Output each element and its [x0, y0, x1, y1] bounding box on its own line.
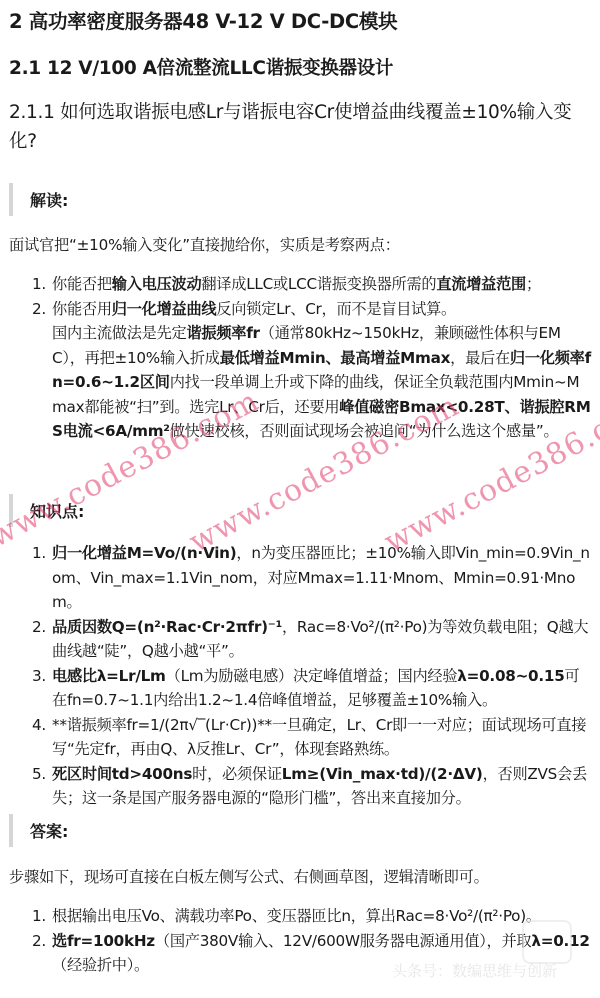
body-text: **谐振频率fr=1/(2π√‾(Lr·Cr))**一旦确定，Lr、Cr即一一对…: [52, 716, 586, 759]
emphasis-text: 死区时间td>400ns: [52, 765, 192, 783]
emphasis-text: 谐振频率fr: [186, 324, 259, 342]
body-text: 反向锁定Lr、Cr，而不是盲目试算。: [216, 300, 456, 318]
list-item: 5.死区时间td>400ns时，必须保证Lm≥(Vin_max·td)/(2·Δ…: [32, 762, 592, 811]
list-number: 4.: [32, 713, 46, 738]
body-text: 翻译成LLC或LCC谐振变换器所需的: [201, 275, 436, 293]
body-text: （经验折中）。: [52, 956, 149, 974]
list-item: 2.你能否用归一化增益曲线反向锁定Lr、Cr，而不是盲目试算。国内主流做法是先定…: [32, 297, 592, 444]
emphasis-text: 电感比λ=Lr/Lm: [52, 667, 166, 685]
list-number: 5.: [32, 762, 46, 787]
quote-bar: [9, 814, 13, 847]
body-text: ，最后在: [450, 349, 510, 367]
answer-label: 答案:: [30, 819, 68, 842]
chapter-heading: 2 高功率密度服务器48 V-12 V DC-DC模块: [9, 6, 397, 34]
body-text: 你能否用: [52, 300, 112, 318]
list-number: 1.: [32, 541, 46, 566]
knowledge-list: 1.归一化增益M=Vo/(n·Vin)，n为变压器匝比；±10%输入即Vin_m…: [32, 541, 592, 811]
emphasis-text: λ=0.08~0.15: [457, 667, 564, 685]
body-text: 你能否把: [52, 275, 112, 293]
body-text: 时，必须保证: [192, 765, 282, 783]
emphasis-text: 归一化增益曲线: [112, 300, 217, 318]
section-heading: 2.1 12 V/100 A倍流整流LLC谐振变换器设计: [9, 54, 393, 80]
emphasis-text: 输入电压波动: [112, 275, 202, 293]
list-item: 4.**谐振频率fr=1/(2π√‾(Lr·Cr))**一旦确定，Lr、Cr即一…: [32, 713, 592, 762]
list-number: 2.: [32, 297, 46, 322]
list-number: 1.: [32, 272, 46, 297]
list-number: 1.: [32, 904, 46, 929]
list-item: 1.你能否把输入电压波动翻译成LLC或LCC谐振变换器所需的直流增益范围；: [32, 272, 592, 297]
emphasis-text: Lm≥(Vin_max·td)/(2·ΔV): [282, 765, 483, 783]
body-text: （Lm为励磁电感）决定峰值增益；国内经验: [166, 667, 458, 685]
emphasis-text: 品质因数Q=(n²·Rac·Cr·2πfr)⁻¹: [52, 618, 282, 636]
list-number: 2.: [32, 615, 46, 640]
list-number: 3.: [32, 664, 46, 689]
interpretation-intro: 面试官把“±10%输入变化”直接抛给你，实质是考察两点：: [9, 234, 400, 255]
list-number: 2.: [32, 929, 46, 954]
subsection-heading: 2.1.1 如何选取谐振电感Lr与谐振电容Cr使增益曲线覆盖±10%输入变化?: [9, 98, 594, 156]
list-item: 1.归一化增益M=Vo/(n·Vin)，n为变压器匝比；±10%输入即Vin_m…: [32, 541, 592, 615]
emphasis-text: 最低增益Mmin、最高增益Mmax: [220, 349, 450, 367]
answer-intro: 步骤如下，现场可直接在白板左侧写公式、右侧画草图，逻辑清晰即可。: [9, 866, 489, 887]
emphasis-text: 选fr=100kHz: [52, 932, 155, 950]
list-item: 1.根据输出电压Vo、满载功率Po、变压器匝比n，算出Rac=8·Vo²/(π²…: [32, 904, 592, 929]
list-item: 3.电感比λ=Lr/Lm（Lm为励磁电感）决定峰值增益；国内经验λ=0.08~0…: [32, 664, 592, 713]
interpretation-list: 1.你能否把输入电压波动翻译成LLC或LCC谐振变换器所需的直流增益范围；2.你…: [32, 272, 592, 444]
list-item: 2.品质因数Q=(n²·Rac·Cr·2πfr)⁻¹，Rac=8·Vo²/(π²…: [32, 615, 592, 664]
emphasis-text: 归一化增益M=Vo/(n·Vin): [52, 544, 236, 562]
body-text: ；: [526, 275, 541, 293]
list-item: 2.选fr=100kHz（国产380V输入、12V/600W服务器电源通用值），…: [32, 929, 592, 978]
platform-logo-icon: [522, 920, 572, 964]
knowledge-label: 知识点:: [30, 499, 84, 522]
interpretation-label: 解读:: [30, 188, 68, 211]
body-text: 做快速校核，否则面试现场会被追问“为什么选这个感量”。: [170, 422, 559, 440]
emphasis-text: 直流增益范围: [436, 275, 526, 293]
body-text: （国产380V输入、12V/600W服务器电源通用值），并取: [155, 932, 532, 950]
body-text: 国内主流做法是先定: [52, 324, 186, 342]
quote-bar: [9, 494, 13, 527]
answer-list: 1.根据输出电压Vo、满载功率Po、变压器匝比n，算出Rac=8·Vo²/(π²…: [32, 904, 592, 978]
quote-bar: [9, 183, 13, 216]
body-text: 根据输出电压Vo、满载功率Po、变压器匝比n，算出Rac=8·Vo²/(π²·P…: [52, 907, 541, 925]
